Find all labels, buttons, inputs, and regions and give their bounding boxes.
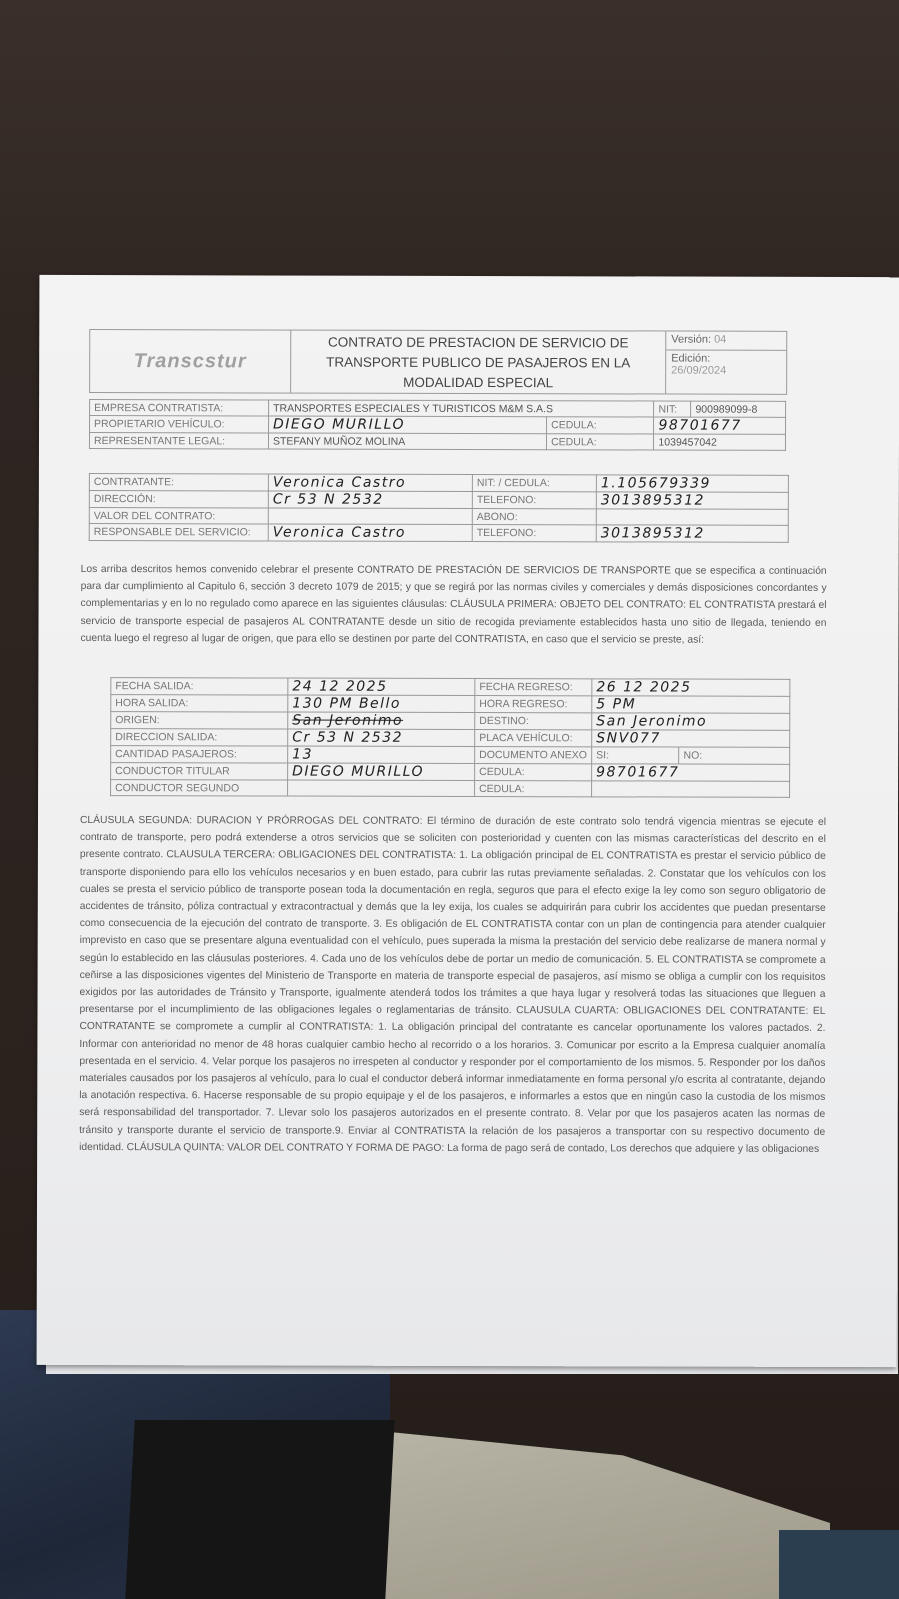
background-shadow — [125, 1420, 394, 1599]
company-logo: Transcstur — [90, 330, 291, 393]
client-table: CONTRATANTE:Veronica CastroNIT: / CEDULA… — [89, 473, 789, 543]
owner-name: DIEGO MURILLO — [269, 416, 547, 434]
document-title: CONTRATO DE PRESTACION DE SERVICIO DE TR… — [291, 331, 666, 394]
document-header: Transcstur CONTRATO DE PRESTACION DE SER… — [89, 329, 787, 395]
version-box: Versión: 04 Edición:26/09/2024 — [666, 332, 786, 394]
company-table: EMPRESA CONTRATISTA:TRANSPORTES ESPECIAL… — [89, 399, 786, 451]
intro-paragraph: Los arriba descritos hemos convenido cel… — [80, 561, 826, 649]
clauses-paragraph: CLÁUSULA SEGUNDA: DURACION Y PRÓRROGAS D… — [79, 812, 826, 1158]
contract-page: Transcstur CONTRATO DE PRESTACION DE SER… — [37, 275, 899, 1367]
version-value: 04 — [714, 334, 726, 346]
background-shoe — [779, 1530, 899, 1599]
trip-table: FECHA SALIDA:24 12 2025FECHA REGRESO:26 … — [110, 677, 790, 798]
edition-date: 26/09/2024 — [671, 365, 726, 377]
background-floor — [370, 1430, 830, 1599]
